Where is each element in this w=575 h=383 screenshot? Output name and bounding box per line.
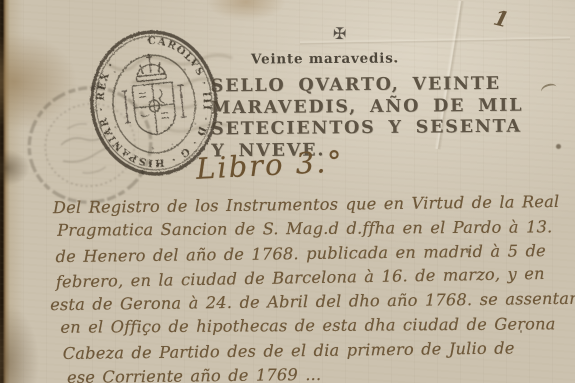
- ink-smudge: [540, 82, 559, 97]
- stamp-heading-line: SELLO QVARTO, VEINTE: [211, 74, 524, 98]
- printers-cross-ornament: ✠: [333, 24, 347, 43]
- foxing-speck: [394, 60, 396, 62]
- seal-shield: [132, 82, 177, 137]
- manuscript-line: en el Offiço de hipothecas de esta dha c…: [60, 313, 572, 341]
- tax-value-line: Veinte maravedis.: [251, 50, 399, 67]
- stamp-heading-line: SETECIENTOS Y SESENTA: [211, 117, 524, 141]
- foxing-speck: [466, 250, 469, 253]
- folio-number: 1: [491, 5, 511, 33]
- manuscript-page: CAROLVS · III · D · G · HISPANIAR · REX …: [0, 0, 575, 383]
- manuscript-line: Pragmatica Sancion de S. Mag.d d.ffha en…: [57, 215, 571, 243]
- book-title: Libro 3.°: [195, 144, 344, 186]
- stamp-heading-line: MARAVEDIS, AÑO DE MIL: [211, 95, 524, 119]
- manuscript-text-block: Del Registro de los Instrumentos que en …: [49, 190, 573, 383]
- ink-blot: [556, 144, 561, 149]
- foxing-speck: [520, 330, 522, 333]
